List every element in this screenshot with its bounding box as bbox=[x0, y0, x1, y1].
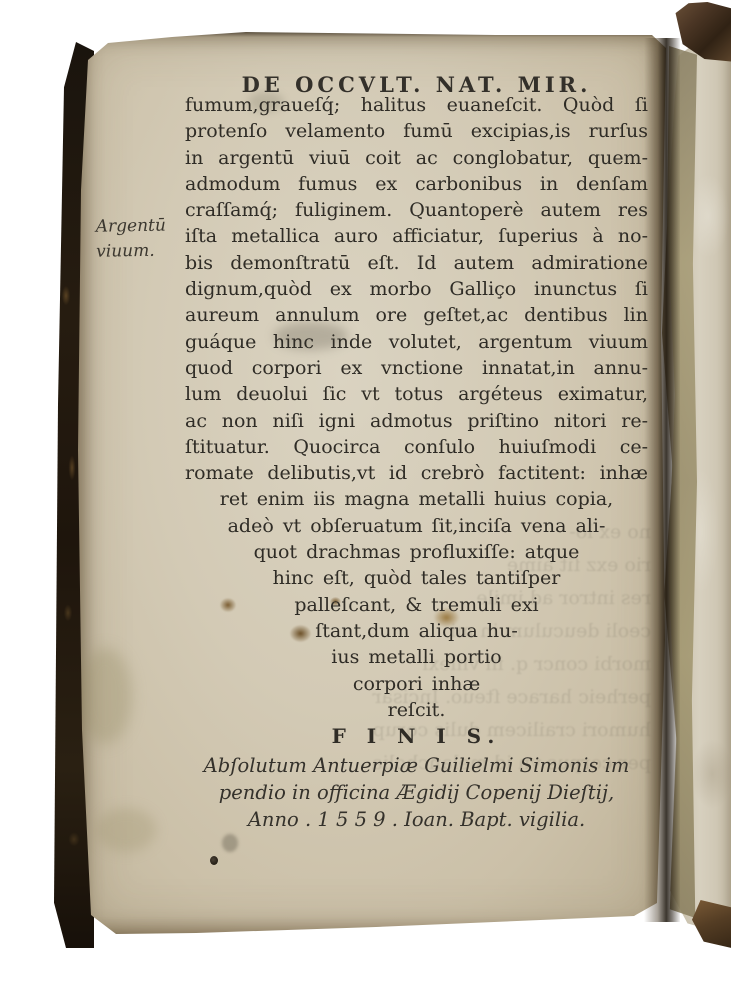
colophon-line: pendio in officina Ægidij Copenij Dieſti… bbox=[175, 779, 658, 806]
water-stain bbox=[96, 808, 156, 852]
colophon-line: Anno . 1 5 5 9 . Ioan. Bapt. vigilia. bbox=[175, 806, 658, 833]
page-top-edge-shadow bbox=[102, 30, 665, 37]
margin-note-line: Argentū bbox=[96, 213, 182, 239]
book-photograph: no ex lo-rio exz ſit aimeres intror ad i… bbox=[0, 0, 731, 1000]
body-text-line: guáque hinc inde volutet, argentum viuum bbox=[185, 329, 648, 355]
body-text-line: ac non niſi igni admotus priſtino nitori… bbox=[185, 408, 648, 434]
body-text-line: quot drachmas profluxiſſe: atque bbox=[185, 539, 648, 565]
colophon: Abſolutum Antuerpiæ Guilielmi Simonis im… bbox=[175, 752, 658, 833]
leather-cover-fragment-bottom bbox=[692, 900, 731, 952]
body-text-line: aureum annulum ore geſtet,ac dentibus li… bbox=[185, 302, 648, 328]
body-text-line: F I N I S. bbox=[185, 723, 648, 749]
body-text-line: romate delibutis,vt id crebrò factitent:… bbox=[185, 460, 648, 486]
body-text-line: admodum fumus ex carbonibus in denſam bbox=[185, 171, 648, 197]
body-text-line: craſſamq́; fuliginem. Quantoperè autem r… bbox=[185, 197, 648, 223]
body-text-line: hinc eſt, quòd tales tantiſper bbox=[185, 565, 648, 591]
ink-dot bbox=[210, 856, 218, 865]
body-text-line: quod corpori ex vnctione innatat,in annu… bbox=[185, 355, 648, 381]
body-text-line: corpori inhæ bbox=[185, 671, 648, 697]
body-text: fumum,graueſq́; halitus euaneſcit. Quòd … bbox=[185, 92, 648, 749]
body-text-line: reſcit. bbox=[185, 697, 648, 723]
margin-note: Argentū viuum. bbox=[96, 213, 183, 264]
body-text-line: adeò vt obſeruatum ſit,inciſa vena ali- bbox=[185, 513, 648, 539]
body-text-line: protenſo velamento fumū excipias,is rurſ… bbox=[185, 118, 648, 144]
water-stain bbox=[78, 648, 132, 744]
body-text-line: bis demonſtratū eſt. Id autem admiration… bbox=[185, 250, 648, 276]
body-text-line: dignum,quòd ex morbo Galliço inunctus ſi bbox=[185, 276, 648, 302]
body-text-line: in argentū viuū coit ac conglobatur, que… bbox=[185, 145, 648, 171]
body-text-line: ſtant,dum aliqua hu- bbox=[185, 618, 648, 644]
body-text-line: fumum,graueſq́; halitus euaneſcit. Quòd … bbox=[185, 92, 648, 118]
colophon-line: Abſolutum Antuerpiæ Guilielmi Simonis im bbox=[175, 752, 658, 779]
book-page: no ex lo-rio exz ſit aimeres intror ad i… bbox=[76, 30, 668, 936]
body-text-line: palleſcant, & tremuli exi bbox=[185, 592, 648, 618]
body-text-line: ret enim iis magna metalli huius copia, bbox=[185, 486, 648, 512]
body-text-line: lum deuolui ſic vt totus argéteus eximat… bbox=[185, 381, 648, 407]
spine-fold-band bbox=[663, 46, 697, 918]
body-text-line: ſtituatur. Quocirca conſulo huiuſmodi ce… bbox=[185, 434, 648, 460]
body-text-line: ius metalli portio bbox=[185, 644, 648, 670]
body-text-line: iſta metallica auro afficiatur, ſuperius… bbox=[185, 223, 648, 249]
margin-note-line: viuum. bbox=[96, 238, 182, 264]
ink-smudge bbox=[222, 834, 238, 852]
